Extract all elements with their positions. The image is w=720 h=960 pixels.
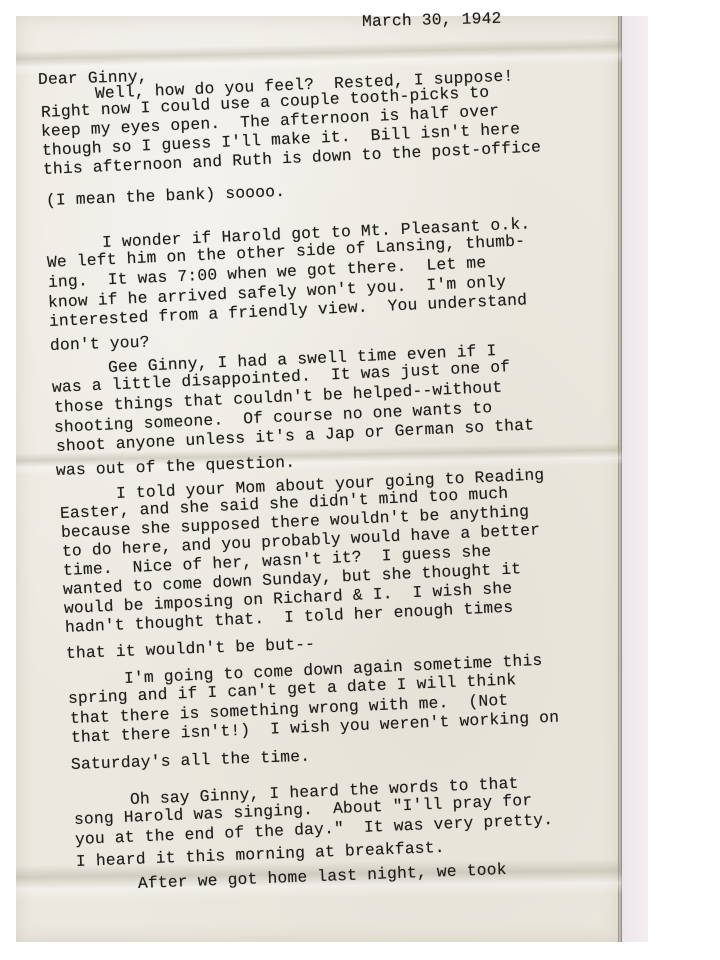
letter-line: (I mean the bank) soooo. bbox=[46, 182, 286, 210]
letter-date: March 30, 1942 bbox=[362, 9, 502, 31]
letter-line: don't you? bbox=[50, 333, 150, 355]
letter-line: that it wouldn't be but-- bbox=[66, 634, 316, 663]
letter-line: Saturday's all the time. bbox=[71, 747, 311, 774]
typed-letter: March 30, 1942 Dear Ginny, Well, how do … bbox=[0, 0, 720, 960]
letter-line: was out of the question. bbox=[56, 453, 296, 480]
